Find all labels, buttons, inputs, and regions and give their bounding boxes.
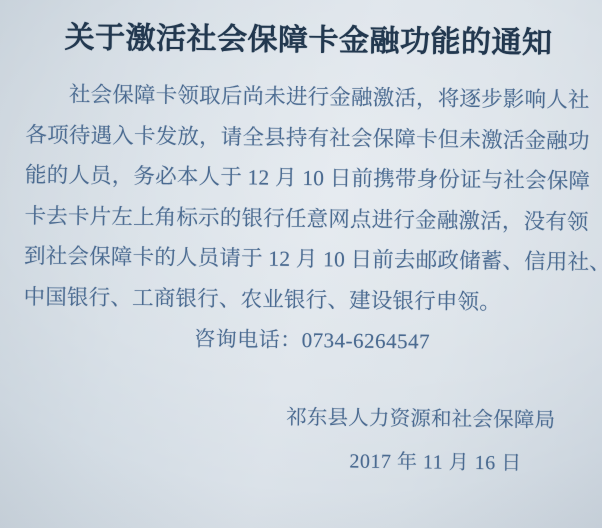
contact-line: 咨询电话：0734-6264547 (45, 322, 579, 359)
contact-label: 咨询电话： (194, 327, 302, 352)
body-line: 能的人员，务必本人于 12 月 10 日前携带身份证与社会保障 (25, 155, 581, 202)
issue-date: 2017 年 11 月 16 日 (22, 445, 522, 477)
notice-photo: 关于激活社会保障卡金融功能的通知 社会保障卡领取后尚未进行金融激活，将逐步影响人… (0, 0, 602, 528)
body-line: 到社会保障卡的人员请于 12 月 10 日前去邮政储蓄、信用社、 (24, 236, 580, 283)
notice-title: 关于激活社会保障卡金融功能的通知 (34, 21, 582, 61)
body-line: 中国银行、工商银行、农业银行、建设银行申领。 (23, 276, 579, 323)
body-line: 各项待遇入卡发放，请全县持有社会保障卡但未激活金融功 (25, 114, 581, 161)
contact-phone-number: 0734-6264547 (302, 328, 431, 353)
body-line: 卡去卡片左上角标示的银行任意网点进行金融激活，没有领 (24, 195, 580, 242)
document-sheet: 关于激活社会保障卡金融功能的通知 社会保障卡领取后尚未进行金融激活，将逐步影响人… (22, 0, 583, 477)
body-line: 社会保障卡领取后尚未进行金融激活，将逐步影响人社 (26, 74, 582, 121)
issuer-name: 祁东县人力资源和社会保障局 (22, 403, 555, 433)
notice-body: 社会保障卡领取后尚未进行金融激活，将逐步影响人社 各项待遇入卡发放，请全县持有社… (23, 74, 582, 323)
